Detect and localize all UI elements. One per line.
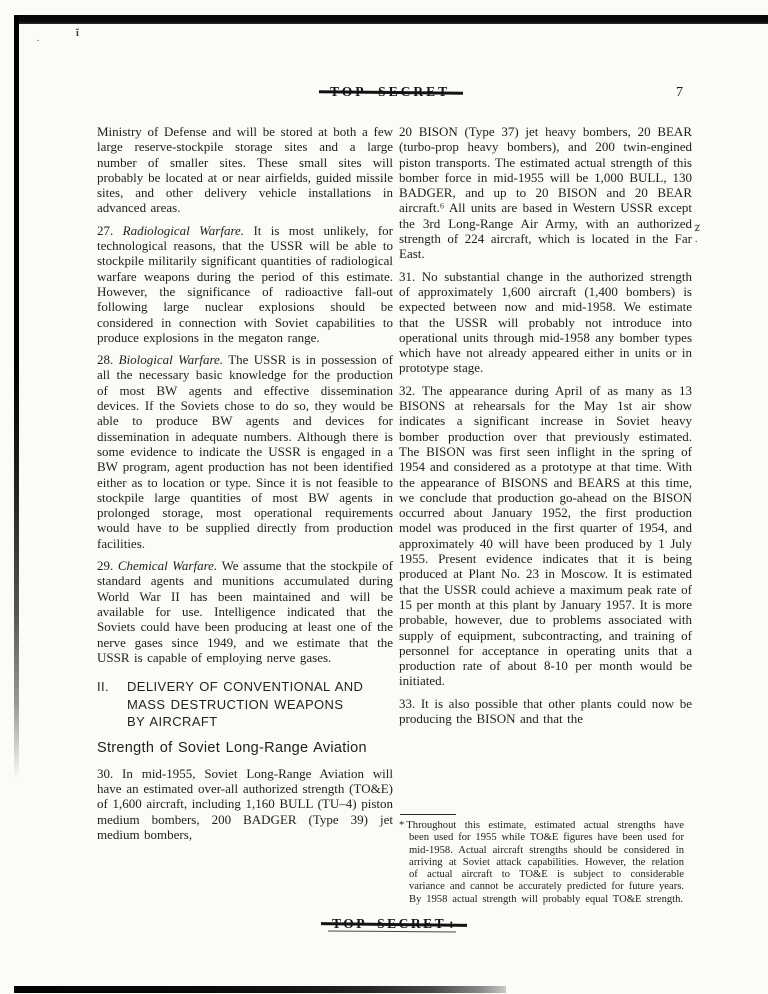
para-body: The USSR is in possession of all the nec… bbox=[97, 352, 393, 551]
handwritten-margin-mark-dot: . bbox=[695, 234, 698, 245]
section-heading-lines: DELIVERY OF CONVENTIONAL AND MASS DESTRU… bbox=[127, 678, 363, 731]
para-number: 28. bbox=[97, 352, 113, 367]
para-body: We assume that the stockpile of standard… bbox=[97, 558, 393, 665]
scan-speck: . bbox=[37, 33, 39, 43]
para-number: 27. bbox=[97, 223, 113, 238]
subsection-heading: Strength of Soviet Long-Range Aviation bbox=[97, 741, 393, 756]
para-number: 29. bbox=[97, 558, 113, 573]
header-classification: TOP SECRET bbox=[330, 84, 450, 100]
scan-speck: ĩ bbox=[76, 28, 79, 39]
footer-classification: TOP SECRET: bbox=[332, 916, 454, 932]
section-heading-line: MASS DESTRUCTION WEAPONS bbox=[127, 696, 363, 714]
scan-edge-top bbox=[14, 15, 768, 24]
scan-artifact-bottom bbox=[14, 986, 506, 993]
paragraph-31: 31. No substantial change in the authori… bbox=[399, 269, 692, 376]
scanned-document-page: . ĩ TOP SECRET 7 Ministry of Defense and… bbox=[0, 0, 768, 994]
para-lead-italic: Radiological Warfare. bbox=[123, 223, 244, 238]
section-heading: II. DELIVERY OF CONVENTIONAL AND MASS DE… bbox=[97, 678, 393, 731]
footnote-body: Throughout this estimate, estimated actu… bbox=[406, 820, 684, 905]
paragraph-30-continuation: 20 BISON (Type 37) jet heavy bombers, 20… bbox=[399, 124, 692, 262]
left-column: Ministry of Defense and will be stored a… bbox=[97, 124, 393, 849]
section-heading-line: BY AIRCRAFT bbox=[127, 713, 363, 731]
paragraph-33: 33. It is also possible that other plant… bbox=[399, 696, 692, 727]
footnote-text: *Throughout this estimate, estimated act… bbox=[399, 820, 684, 906]
paragraph-28: 28. Biological Warfare. The USSR is in p… bbox=[97, 352, 393, 551]
para-body: It is most unlikely, for technological r… bbox=[97, 223, 393, 345]
underline-line bbox=[328, 930, 456, 933]
para-lead-italic: Biological Warfare. bbox=[119, 352, 223, 367]
paragraph-26-continuation: Ministry of Defense and will be stored a… bbox=[97, 124, 393, 216]
footnote: *Throughout this estimate, estimated act… bbox=[399, 814, 684, 906]
handwritten-margin-mark: z bbox=[693, 220, 702, 235]
para-lead-italic: Chemical Warfare. bbox=[118, 558, 217, 573]
footnote-marker: * bbox=[399, 820, 404, 831]
paragraph-29: 29. Chemical Warfare. We assume that the… bbox=[97, 558, 393, 665]
page-number: 7 bbox=[676, 85, 683, 101]
section-heading-line: DELIVERY OF CONVENTIONAL AND bbox=[127, 678, 363, 696]
paragraph-30: 30. In mid-1955, Soviet Long-Range Aviat… bbox=[97, 766, 393, 842]
section-number: II. bbox=[97, 678, 127, 731]
right-column: 20 BISON (Type 37) jet heavy bombers, 20… bbox=[399, 124, 692, 733]
paragraph-32: 32. The appearance during April of as ma… bbox=[399, 383, 692, 689]
footnote-rule bbox=[400, 814, 456, 815]
paragraph-27: 27. Radiological Warfare. It is most unl… bbox=[97, 223, 393, 345]
scan-edge-left bbox=[14, 15, 19, 780]
